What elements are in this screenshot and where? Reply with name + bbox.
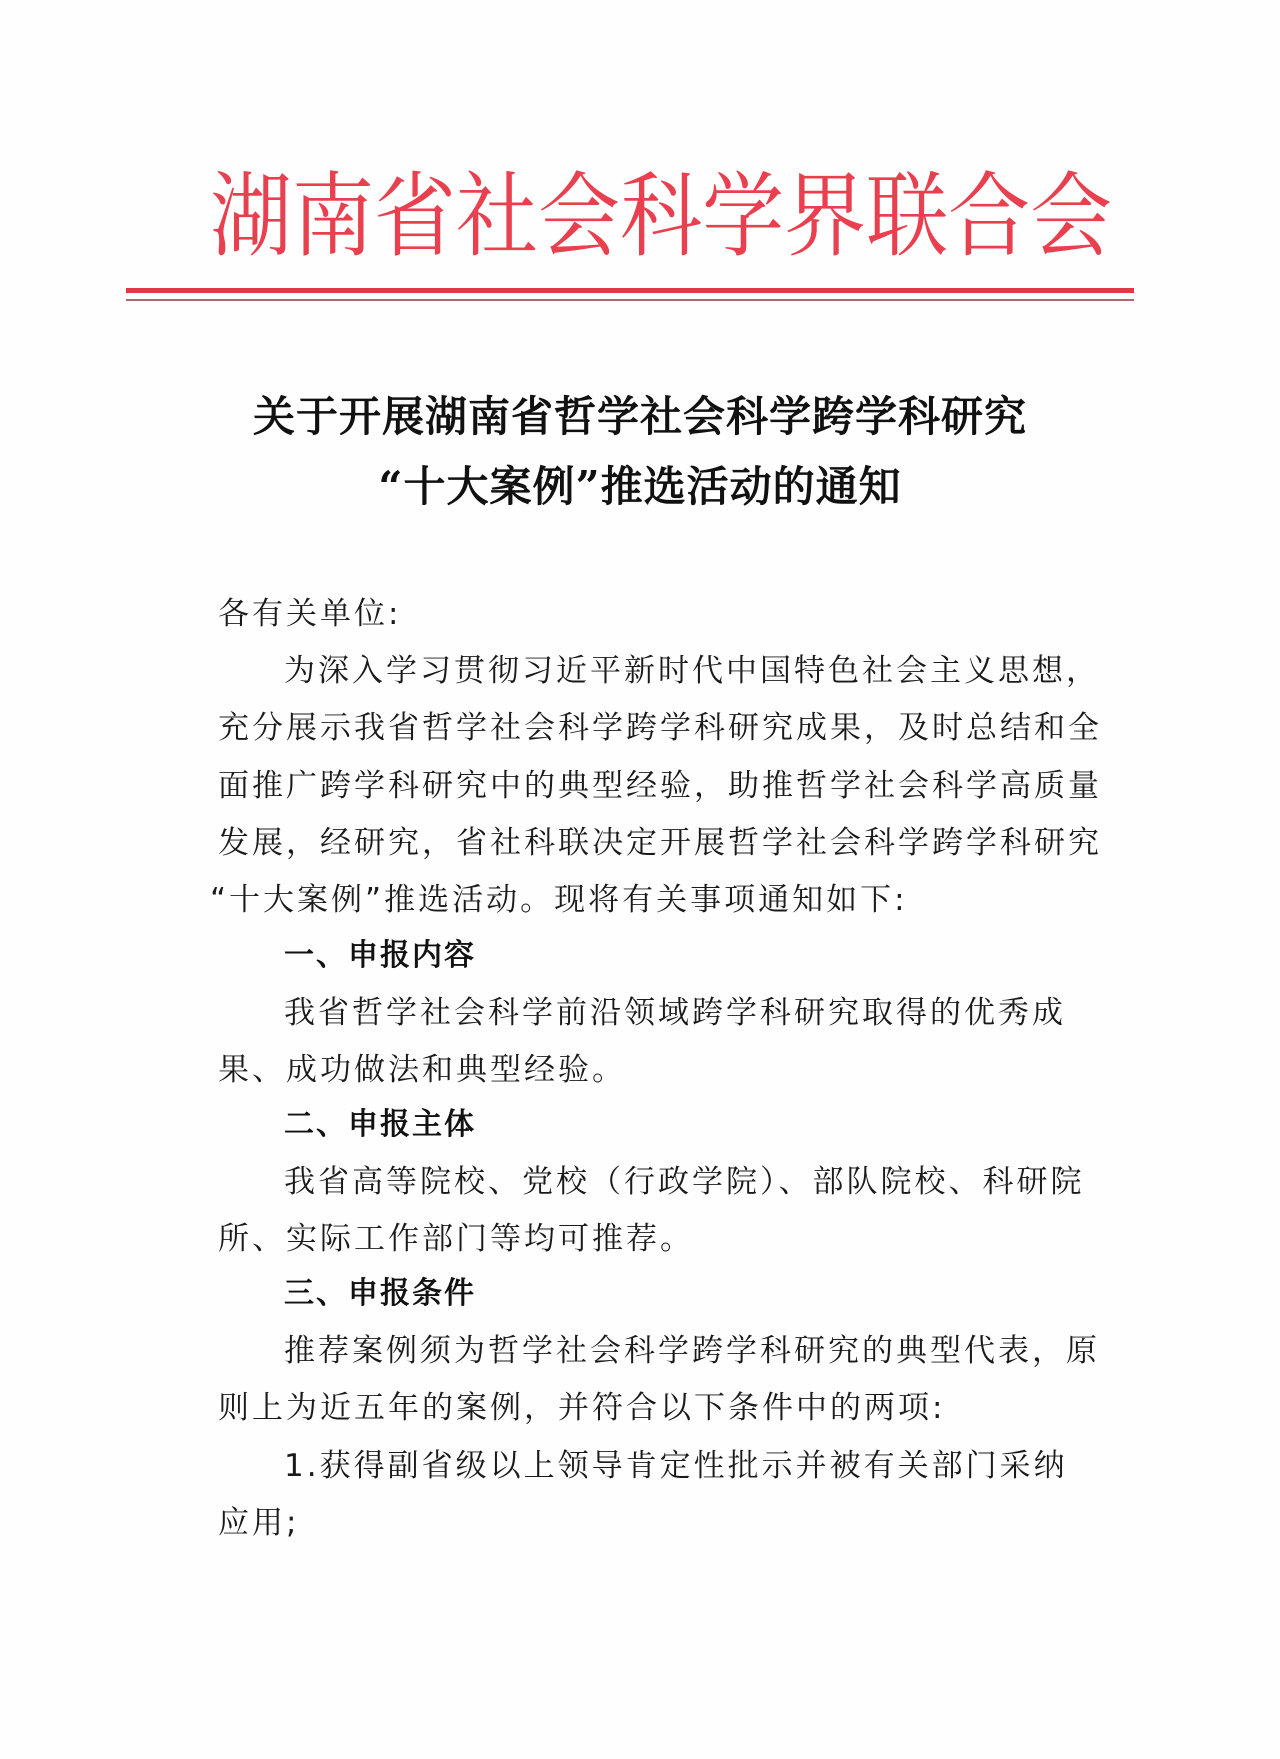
section-line: 所、实际工作部门等均可推荐。 — [218, 1219, 1068, 1259]
letterhead-char: 合 — [948, 164, 1030, 272]
intro-line: “十大案例”推选活动。现将有关事项通知如下: — [210, 880, 1060, 920]
section-line: 推荐案例须为哲学社会科学跨学科研究的典型代表，原 — [284, 1331, 1064, 1371]
letterhead-char: 会 — [538, 164, 620, 272]
letterhead-char: 会 — [1030, 164, 1112, 272]
letterhead-char: 学 — [702, 164, 784, 272]
intro-line: 充分展示我省哲学社会科学跨学科研究成果，及时总结和全 — [218, 708, 1064, 748]
section-line: 应用; — [218, 1503, 1068, 1543]
letterhead-char: 省 — [374, 164, 456, 272]
salutation: 各有关单位: — [218, 594, 1068, 634]
letterhead-char: 科 — [620, 164, 702, 272]
section-line: 果、成功做法和典型经验。 — [218, 1050, 1068, 1090]
section-line: 我省哲学社会科学前沿领域跨学科研究取得的优秀成 — [284, 993, 1064, 1033]
letterhead-char: 界 — [784, 164, 866, 272]
letterhead-char: 湖 — [210, 164, 292, 272]
letterhead-rule-thick — [126, 288, 1134, 293]
document-title-line-2: “十大案例”推选活动的通知 — [160, 454, 1120, 514]
section-heading-applicants: 二、申报主体 — [284, 1105, 476, 1145]
section-line: 则上为近五年的案例，并符合以下条件中的两项: — [218, 1388, 1068, 1428]
letterhead-char: 联 — [866, 164, 948, 272]
letterhead-char: 社 — [456, 164, 538, 272]
document-title-line-1: 关于开展湖南省哲学社会科学跨学科研究 — [160, 384, 1120, 444]
letterhead-org-name: 湖 南 省 社 会 科 学 界 联 合 会 — [210, 168, 1070, 268]
section-heading-content: 一、申报内容 — [284, 936, 476, 976]
letterhead-char: 南 — [292, 164, 374, 272]
intro-line: 面推广跨学科研究中的典型经验，助推哲学社会科学高质量 — [218, 766, 1064, 806]
letterhead-rule-thin — [126, 299, 1134, 301]
section-heading-conditions: 三、申报条件 — [284, 1274, 476, 1314]
section-line: 我省高等院校、党校（行政学院）、部队院校、科研院 — [284, 1162, 1064, 1202]
condition-item-1: 1.获得副省级以上领导肯定性批示并被有关部门采纳 — [284, 1446, 1064, 1486]
intro-line: 发展，经研究，省社科联决定开展哲学社会科学跨学科研究 — [218, 823, 1064, 863]
intro-line: 为深入学习贯彻习近平新时代中国特色社会主义思想， — [284, 651, 1068, 691]
document-page: 湖 南 省 社 会 科 学 界 联 合 会 关于开展湖南省哲学社会科学跨学科研究… — [0, 0, 1280, 1759]
